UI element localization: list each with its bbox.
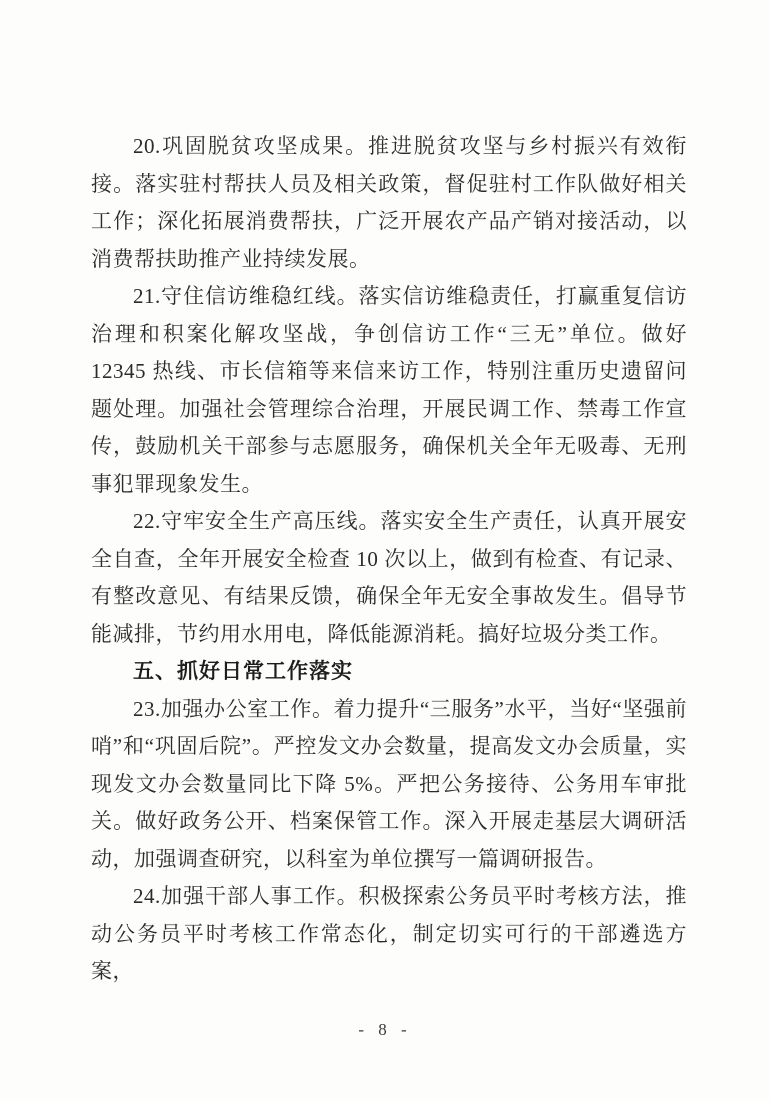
paragraph-21: 21.守住信访维稳红线。落实信访维稳责任，打赢重复信访治理和积案化解攻坚战，争创…	[91, 278, 687, 503]
paragraph-20: 20.巩固脱贫攻坚成果。推进脱贫攻坚与乡村振兴有效衔接。落实驻村帮扶人员及相关政…	[91, 128, 687, 278]
document-page: 20.巩固脱贫攻坚成果。推进脱贫攻坚与乡村振兴有效衔接。落实驻村帮扶人员及相关政…	[0, 0, 770, 1099]
section-heading-5: 五、抓好日常工作落实	[91, 653, 687, 691]
document-body: 20.巩固脱贫攻坚成果。推进脱贫攻坚与乡村振兴有效衔接。落实驻村帮扶人员及相关政…	[91, 128, 687, 991]
paragraph-22: 22.守牢安全生产高压线。落实安全生产责任，认真开展安全自查，全年开展安全检查 …	[91, 503, 687, 653]
paragraph-24: 24.加强干部人事工作。积极探索公务员平时考核方法，推动公务员平时考核工作常态化…	[91, 878, 687, 991]
paragraph-23: 23.加强办公室工作。着力提升“三服务”水平，当好“坚强前哨”和“巩固后院”。严…	[91, 691, 687, 879]
page-number: - 8 -	[0, 1020, 770, 1040]
